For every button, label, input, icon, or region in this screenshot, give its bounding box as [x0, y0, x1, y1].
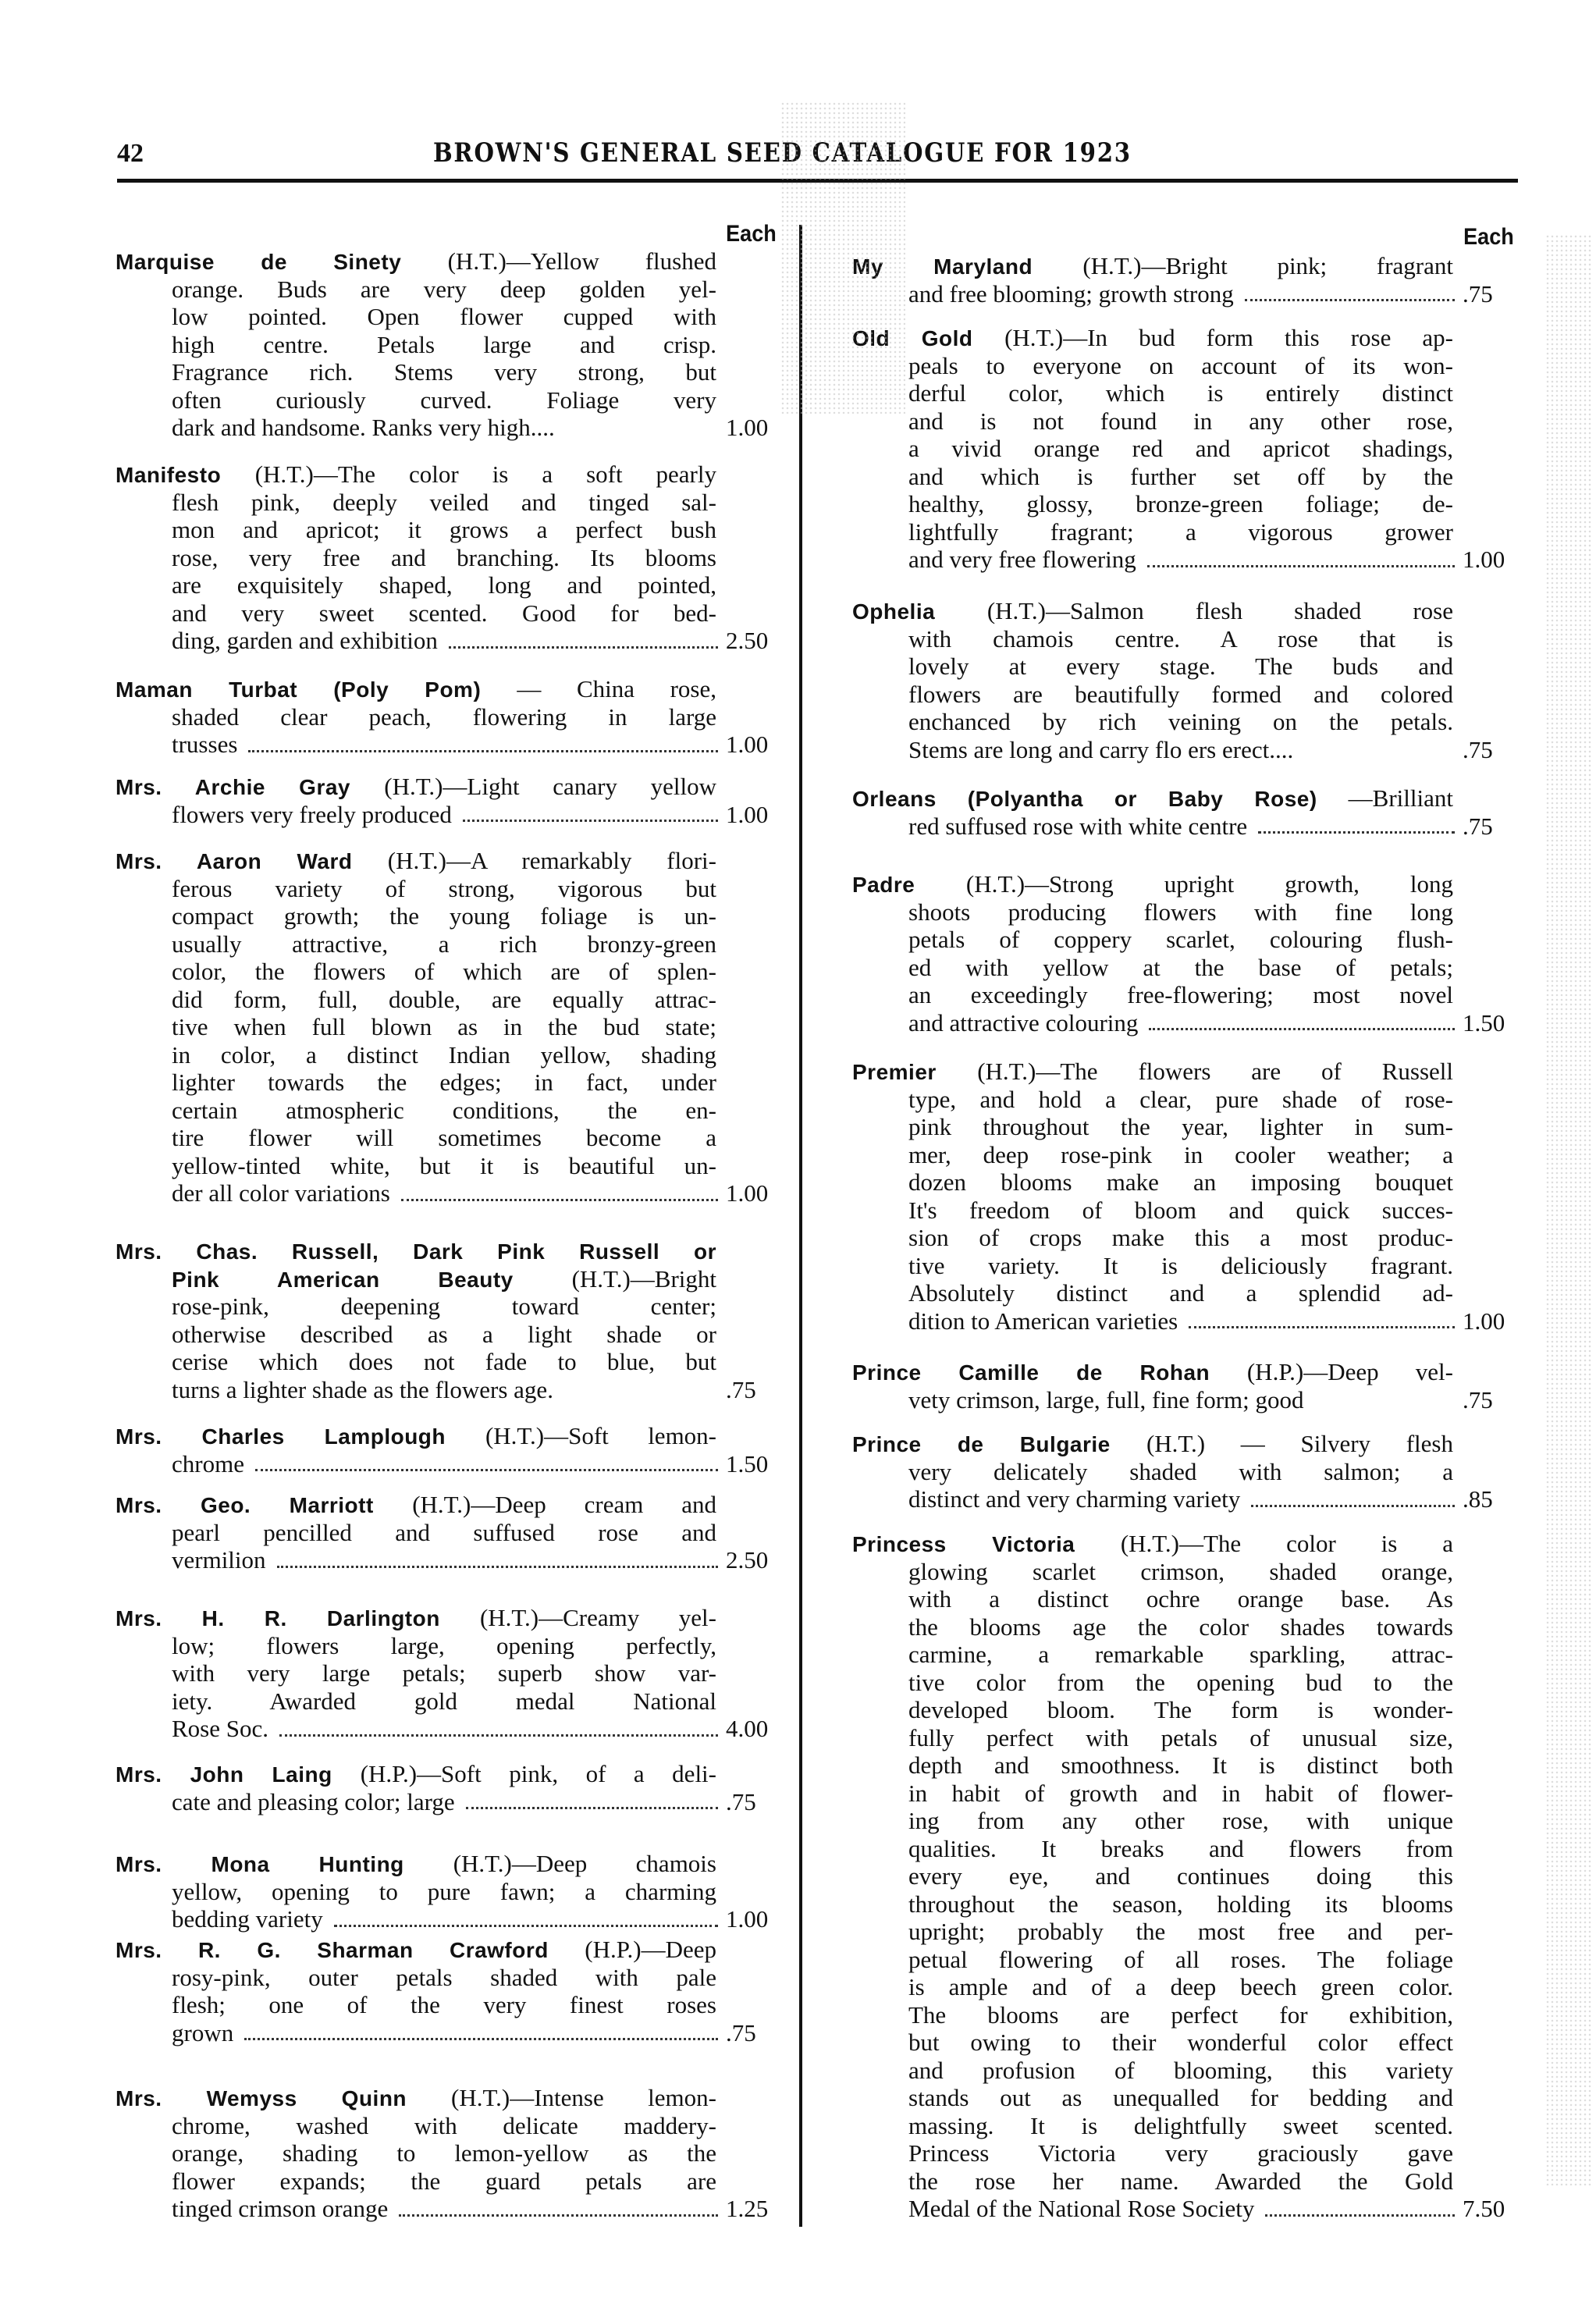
description-text: low; flowers large, opening perfectly, [172, 1632, 716, 1659]
dot-leader [334, 1925, 718, 1927]
description-text: color, the flowers of which are of splen… [172, 958, 716, 985]
description-text: tinged crimson orange [172, 2195, 388, 2223]
description-text: rosy-pink, outer petals shaded with pale [172, 1964, 716, 1991]
entry-line: and very free flowering1.00 [908, 546, 1516, 574]
dot-leader [401, 1199, 718, 1201]
entry-line: did form, full, double, are equally attr… [172, 986, 716, 1014]
description-text: with a distinct ochre orange base. As [908, 1585, 1453, 1613]
entry-line: with very large petals; superb show var- [172, 1659, 716, 1687]
catalogue-entry: Premier (H.T.)—The flowers are of Russel… [852, 1058, 1516, 1335]
dot-leader [399, 2214, 718, 2217]
entry-line: stands out as unequalled for bedding and [908, 2084, 1453, 2112]
description-text: lightfully fragrant; a vigorous grower [908, 518, 1453, 546]
description-text: type, and hold a clear, pure shade of ro… [908, 1086, 1453, 1113]
entry-line: every eye, and continues doing this [908, 1862, 1453, 1890]
entry-line: shaded clear peach, flowering in large [172, 703, 716, 731]
dot-leader [277, 1566, 718, 1568]
description-text: ferous variety of strong, vigorous but [172, 875, 716, 902]
description-text: Stems are long and carry flo ers erect..… [908, 736, 1293, 764]
entry-line: orange. Buds are very deep golden yel- [172, 276, 716, 304]
catalogue-entry: My Maryland (H.T.)—Bright pink; fragrant… [852, 252, 1516, 308]
description-text: an exceedingly free-flowering; most nove… [908, 981, 1453, 1008]
entry-line: pearl pencilled and suffused rose and [172, 1519, 716, 1547]
entry-line: type, and hold a clear, pure shade of ro… [908, 1086, 1453, 1114]
entry-line: It's freedom of bloom and quick succes- [908, 1197, 1453, 1225]
description-text: (H.T.)—Creamy yel- [480, 1604, 716, 1631]
description-text: fully perfect with petals of unusual siz… [908, 1724, 1453, 1751]
description-text: compact growth; the young foliage is un- [172, 902, 716, 930]
description-text: carmine, a remarkable sparkling, attrac- [908, 1641, 1453, 1668]
entry-line: Premier (H.T.)—The flowers are of Russel… [852, 1058, 1453, 1086]
catalogue-entry: Mrs. John Laing (H.P.)—Soft pink, of a d… [116, 1760, 779, 1815]
description-text: — China rose, [517, 675, 716, 702]
catalogue-entry: Mrs. Aaron Ward (H.T.)—A remarkably flor… [116, 847, 779, 1207]
entry-line: Old Gold (H.T.)—In bud form this rose ap… [852, 324, 1453, 352]
entry-line: mer, deep rose-pink in cooler weather; a [908, 1141, 1453, 1169]
entry-line: petals of coppery scarlet, colouring flu… [908, 926, 1453, 954]
entry-line: tive variety. It is deliciously fragrant… [908, 1252, 1453, 1280]
description-text: healthy, glossy, bronze-green foliage; d… [908, 490, 1453, 517]
description-text: and attractive colouring [908, 1009, 1138, 1037]
dot-leader [1251, 1505, 1455, 1507]
entry-line: Ophelia (H.T.)—Salmon flesh shaded rose [852, 597, 1453, 625]
column-divider [799, 225, 802, 2227]
description-text: in color, a distinct Indian yellow, shad… [172, 1041, 716, 1069]
description-text: Princess Victoria very graciously gave [908, 2139, 1453, 2167]
entry-line: Mrs. H. R. Darlington (H.T.)—Creamy yel- [116, 1604, 716, 1632]
catalogue-entry: Prince de Bulgarie (H.T.) — Silvery fles… [852, 1430, 1516, 1513]
entry-line: Marquise de Sinety (H.T.)—Yellow flushed [116, 247, 716, 276]
entry-line: vety crimson, large, full, fine form; go… [908, 1386, 1516, 1414]
description-text: ing from any other rose, with unique [908, 1807, 1453, 1834]
entry-line: cate and pleasing color; large.75 [172, 1788, 779, 1816]
description-text: (H.T.)—Deep chamois [453, 1850, 716, 1877]
entry-line: bedding variety1.00 [172, 1905, 779, 1933]
description-text: Medal of the National Rose Society [908, 2195, 1254, 2223]
description-text: mon and apricot; it grows a perfect bush [172, 516, 716, 543]
description-text: rose, very free and branching. Its bloom… [172, 544, 716, 571]
entry-line: color, the flowers of which are of splen… [172, 958, 716, 986]
description-text: (H.T.)—Bright pink; fragrant [1082, 252, 1453, 279]
entry-line: iety. Awarded gold medal National [172, 1687, 716, 1716]
entry-line: glowing scarlet crimson, shaded orange, [908, 1558, 1453, 1586]
entry-line: Absolutely distinct and a splendid ad- [908, 1279, 1453, 1307]
entry-line: very delicately shaded with salmon; a [908, 1458, 1453, 1486]
description-text: pink throughout the year, lighter in sum… [908, 1113, 1453, 1140]
entry-line: distinct and very charming variety.85 [908, 1485, 1516, 1513]
description-text: and profusion of blooming, this variety [908, 2057, 1453, 2084]
variety-name: Manifesto [116, 463, 255, 487]
description-text: (H.P.)—Soft pink, of a deli- [361, 1760, 716, 1787]
description-text: (H.T.)—The color is a [1121, 1530, 1453, 1557]
description-text: turns a lighter shade as the flowers age… [172, 1376, 553, 1404]
entry-line: with chamois centre. A rose that is [908, 625, 1453, 653]
price-heading-right: Each [1463, 224, 1514, 251]
entry-line: Fragrance rich. Stems very strong, but [172, 358, 716, 386]
entry-line: flesh; one of the very finest roses [172, 1991, 716, 2019]
price: .75 [726, 1376, 780, 1404]
entry-line: Prince Camille de Rohan (H.P.)—Deep vel- [852, 1358, 1453, 1386]
entry-line: Pink American Beauty (H.T.)—Bright [172, 1265, 716, 1293]
description-text: cate and pleasing color; large [172, 1788, 455, 1816]
variety-name: Mrs. Geo. Marriott [116, 1493, 412, 1517]
entry-line: Medal of the National Rose Society7.50 [908, 2195, 1516, 2223]
entry-line: pink throughout the year, lighter in sum… [908, 1113, 1453, 1141]
scan-speckle [780, 101, 905, 414]
price: 1.00 [726, 414, 780, 442]
entry-line: tire flower will sometimes become a [172, 1124, 716, 1152]
description-text: vermilion [172, 1546, 266, 1574]
description-text: flowers are beautifully formed and color… [908, 681, 1453, 708]
description-text: mer, deep rose-pink in cooler weather; a [908, 1141, 1453, 1168]
entry-line: the blooms age the color shades towards [908, 1613, 1453, 1641]
description-text: (H.T.)—Deep cream and [412, 1491, 716, 1518]
description-text: shaded clear peach, flowering in large [172, 703, 716, 731]
price-heading-left: Each [726, 221, 777, 247]
description-text: Rose Soc. [172, 1715, 268, 1743]
description-text: every eye, and continues doing this [908, 1862, 1453, 1890]
description-text: sion of crops make this a most produc- [908, 1224, 1453, 1251]
description-text: and free blooming; growth strong [908, 280, 1234, 308]
price: 1.00 [1463, 1307, 1517, 1335]
price: .75 [1463, 280, 1517, 308]
entry-line: upright; probably the most free and per- [908, 1918, 1453, 1946]
entry-line: qualities. It breaks and flowers from [908, 1835, 1453, 1863]
entry-line: Orleans (Polyantha or Baby Rose) —Brilli… [852, 784, 1453, 813]
entry-line: and profusion of blooming, this variety [908, 2057, 1453, 2085]
variety-name: Padre [852, 873, 966, 897]
description-text: otherwise described as a light shade or [172, 1321, 716, 1348]
description-text: upright; probably the most free and per- [908, 1918, 1453, 1945]
description-text: (H.T.)—Yellow flushed [448, 247, 716, 275]
dot-leader [1265, 2214, 1455, 2217]
scan-speckle [1545, 234, 1592, 2185]
entry-line: Stems are long and carry flo ers erect..… [908, 736, 1516, 764]
entry-line: Prince de Bulgarie (H.T.) — Silvery fles… [852, 1430, 1453, 1458]
description-text: and which is further set off by the [908, 463, 1453, 490]
variety-name: Mrs. Aaron Ward [116, 849, 388, 873]
entry-line: derful color, which is entirely distinct [908, 379, 1453, 407]
entry-line: low pointed. Open flower cupped with [172, 303, 716, 331]
entry-line: grown.75 [172, 2019, 779, 2047]
catalogue-entry: Mrs. Geo. Marriott (H.T.)—Deep cream and… [116, 1491, 779, 1574]
entry-line: and attractive colouring1.50 [908, 1009, 1516, 1037]
entry-line: rose, very free and branching. Its bloom… [172, 544, 716, 572]
description-text: flower expands; the guard petals are [172, 2167, 716, 2195]
entry-line: fully perfect with petals of unusual siz… [908, 1724, 1453, 1752]
variety-name: Mrs. Wemyss Quinn [116, 2086, 451, 2110]
entry-line: The blooms are perfect for exhibition, [908, 2001, 1453, 2029]
entry-line: lighter towards the edges; in fact, unde… [172, 1069, 716, 1097]
entry-line: developed bloom. The form is wonder- [908, 1696, 1453, 1724]
description-text: is ample and of a deep beech green color… [908, 1973, 1453, 2000]
description-text: (H.P.)—Deep [585, 1936, 716, 1963]
dot-leader [466, 1807, 718, 1809]
entry-line: ding, garden and exhibition2.50 [172, 627, 779, 655]
description-text: depth and smoothness. It is distinct bot… [908, 1751, 1453, 1779]
price: .75 [726, 2019, 780, 2047]
description-text: (H.T.)—Salmon flesh shaded rose [987, 597, 1453, 624]
description-text: (H.T.)—Light canary yellow [384, 773, 716, 800]
entry-line: carmine, a remarkable sparkling, attrac- [908, 1641, 1453, 1669]
entry-line: tinged crimson orange1.25 [172, 2195, 779, 2223]
entry-line: ed with yellow at the base of petals; [908, 954, 1453, 982]
entry-line: Mrs. Archie Gray (H.T.)—Light canary yel… [116, 773, 716, 801]
entry-line: certain atmospheric conditions, the en- [172, 1097, 716, 1125]
price: 1.00 [726, 731, 780, 759]
description-text: the rose her name. Awarded the Gold [908, 2167, 1453, 2195]
entry-line: chrome, washed with delicate maddery- [172, 2112, 716, 2140]
entry-line: Mrs. R. G. Sharman Crawford (H.P.)—Deep [116, 1936, 716, 1964]
description-text: tive variety. It is deliciously fragrant… [908, 1252, 1453, 1279]
entry-line: Princess Victoria very graciously gave [908, 2139, 1453, 2167]
entry-line: are exquisitely shaped, long and pointed… [172, 571, 716, 599]
description-text: yellow-tinted white, but it is beautiful… [172, 1152, 716, 1179]
description-text: (H.T.)—Bright [572, 1265, 716, 1293]
entry-line: massing. It is delightfully sweet scente… [908, 2112, 1453, 2140]
description-text: orange. Buds are very deep golden yel- [172, 276, 716, 303]
description-text: (H.T.)—The color is a soft pearly [255, 460, 716, 488]
description-text: (H.T.) — Silvery flesh [1146, 1430, 1453, 1457]
entry-line: the rose her name. Awarded the Gold [908, 2167, 1453, 2196]
description-text: and very sweet scented. Good for bed- [172, 599, 716, 627]
dot-leader [1258, 831, 1455, 834]
description-text: did form, full, double, are equally attr… [172, 986, 716, 1013]
catalogue-entry: Mrs. Mona Hunting (H.T.)—Deep chamoisyel… [116, 1850, 779, 1933]
dot-leader [1189, 1326, 1455, 1328]
description-text: and very free flowering [908, 546, 1136, 574]
catalogue-entry: Old Gold (H.T.)—In bud form this rose ap… [852, 324, 1516, 574]
entry-line: tive when full blown as in the bud state… [172, 1013, 716, 1041]
description-text: enchanced by rich veining on the petals. [908, 708, 1453, 735]
description-text: Fragrance rich. Stems very strong, but [172, 358, 716, 386]
description-text: massing. It is delightfully sweet scente… [908, 2112, 1453, 2139]
description-text: tire flower will sometimes become a [172, 1124, 716, 1151]
entry-line: depth and smoothness. It is distinct bot… [908, 1751, 1453, 1780]
entry-line: with a distinct ochre orange base. As [908, 1585, 1453, 1613]
entry-line: der all color variations1.00 [172, 1179, 779, 1207]
description-text: flesh; one of the very finest roses [172, 1991, 716, 2018]
entry-line: petual flowering of all roses. The folia… [908, 1946, 1453, 1974]
variety-name: Prince Camille de Rohan [852, 1360, 1247, 1385]
price: 2.50 [726, 627, 780, 655]
catalogue-entry: Orleans (Polyantha or Baby Rose) —Brilli… [852, 784, 1516, 840]
entry-line: otherwise described as a light shade or [172, 1321, 716, 1349]
catalogue-entry: Manifesto (H.T.)—The color is a soft pea… [116, 460, 779, 655]
description-text: dozen blooms make an imposing bouquet [908, 1168, 1453, 1196]
price: 1.25 [726, 2195, 780, 2223]
description-text: orange, shading to lemon-yellow as the [172, 2139, 716, 2167]
catalogue-entry: Padre (H.T.)—Strong upright growth, long… [852, 870, 1516, 1037]
description-text: distinct and very charming variety [908, 1485, 1240, 1513]
description-text: lovely at every stage. The buds and [908, 653, 1453, 680]
entry-line: Mrs. Geo. Marriott (H.T.)—Deep cream and [116, 1491, 716, 1519]
variety-name: Mrs. R. G. Sharman Crawford [116, 1938, 585, 1962]
description-text: ed with yellow at the base of petals; [908, 954, 1453, 981]
description-text: and is not found in any other rose, [908, 407, 1453, 435]
price: 1.50 [1463, 1009, 1517, 1037]
variety-name: Mrs. John Laing [116, 1762, 361, 1787]
entry-line: flower expands; the guard petals are [172, 2167, 716, 2196]
entry-line: often curiously curved. Foliage very [172, 386, 716, 414]
variety-name: Prince de Bulgarie [852, 1432, 1146, 1456]
entry-line: Rose Soc.4.00 [172, 1715, 779, 1743]
variety-name: Mrs. Chas. Russell, Dark Pink Russell or [116, 1239, 716, 1264]
catalogue-entry: Princess Victoria (H.T.)—The color is ag… [852, 1530, 1516, 2223]
entry-line: yellow-tinted white, but it is beautiful… [172, 1152, 716, 1180]
description-text: lighter towards the edges; in fact, unde… [172, 1069, 716, 1096]
entry-line: red suffused rose with white centre.75 [908, 813, 1516, 841]
variety-name: Mrs. H. R. Darlington [116, 1606, 480, 1630]
entry-line: cerise which does not fade to blue, but [172, 1348, 716, 1376]
price: 2.50 [726, 1546, 780, 1574]
entry-line: and very sweet scented. Good for bed- [172, 599, 716, 628]
dot-leader [255, 1469, 718, 1471]
description-text: developed bloom. The form is wonder- [908, 1696, 1453, 1723]
description-text: bedding variety [172, 1905, 323, 1933]
entry-line: Manifesto (H.T.)—The color is a soft pea… [116, 460, 716, 489]
entry-line: and free blooming; growth strong.75 [908, 280, 1516, 308]
entry-line: in habit of growth and in habit of flowe… [908, 1780, 1453, 1808]
description-text: peals to everyone on account of its won- [908, 352, 1453, 379]
entry-line: ing from any other rose, with unique [908, 1807, 1453, 1835]
entry-line: Mrs. Charles Lamplough (H.T.)—Soft lemon… [116, 1422, 716, 1450]
description-text: Absolutely distinct and a splendid ad- [908, 1279, 1453, 1307]
description-text: in habit of growth and in habit of flowe… [908, 1780, 1453, 1807]
price: 1.00 [726, 1905, 780, 1933]
description-text: cerise which does not fade to blue, but [172, 1348, 716, 1375]
entry-line: Padre (H.T.)—Strong upright growth, long [852, 870, 1453, 898]
description-text: stands out as unequalled for bedding and [908, 2084, 1453, 2111]
description-text: (H.T.)—In bud form this rose ap- [1004, 324, 1453, 351]
dot-leader [248, 750, 718, 752]
description-text: tive when full blown as in the bud state… [172, 1013, 716, 1040]
description-text: derful color, which is entirely distinct [908, 379, 1453, 407]
description-text: (H.T.)—Soft lemon- [485, 1422, 716, 1449]
description-text: usually attractive, a rich bronzy-green [172, 930, 716, 958]
price: 1.00 [1463, 546, 1517, 574]
entry-line: peals to everyone on account of its won- [908, 352, 1453, 380]
entry-line: low; flowers large, opening perfectly, [172, 1632, 716, 1660]
dot-leader [463, 820, 718, 822]
entry-line: flesh pink, deeply veiled and tinged sal… [172, 489, 716, 517]
description-text: certain atmospheric conditions, the en- [172, 1097, 716, 1124]
variety-name: Ophelia [852, 599, 987, 624]
catalogue-entry: Maman Turbat (Poly Pom) — China rose,sha… [116, 675, 779, 759]
entry-line: Mrs. Aaron Ward (H.T.)—A remarkably flor… [116, 847, 716, 875]
description-text: tive color from the opening bud to the [908, 1669, 1453, 1696]
price: .75 [726, 1788, 780, 1816]
catalogue-entry: Marquise de Sinety (H.T.)—Yellow flushed… [116, 247, 779, 442]
dot-leader [1149, 1028, 1455, 1030]
variety-name: Marquise de Sinety [116, 250, 448, 274]
entry-line: shoots producing flowers with fine long [908, 898, 1453, 926]
description-text: trusses [172, 731, 237, 759]
description-text: with very large petals; superb show var- [172, 1659, 716, 1687]
entry-line: lightfully fragrant; a vigorous grower [908, 518, 1453, 546]
variety-name: Premier [852, 1060, 977, 1084]
description-text: rose-pink, deepening toward center; [172, 1293, 716, 1320]
entry-line: Mrs. Chas. Russell, Dark Pink Russell or [116, 1237, 716, 1265]
catalogue-entry: Mrs. H. R. Darlington (H.T.)—Creamy yel-… [116, 1604, 779, 1743]
dot-leader [244, 2038, 718, 2040]
description-text: flesh pink, deeply veiled and tinged sal… [172, 489, 716, 516]
page-number: 42 [117, 139, 144, 169]
catalogue-entry: Mrs. R. G. Sharman Crawford (H.P.)—Deepr… [116, 1936, 779, 2046]
price: .75 [1463, 813, 1517, 841]
description-text: are exquisitely shaped, long and pointed… [172, 571, 716, 599]
entry-line: rose-pink, deepening toward center; [172, 1293, 716, 1321]
description-text: (H.T.)—Intense lemon- [451, 2084, 716, 2111]
description-text: often curiously curved. Foliage very [172, 386, 716, 414]
entry-line: Mrs. John Laing (H.P.)—Soft pink, of a d… [116, 1760, 716, 1788]
entry-line: usually attractive, a rich bronzy-green [172, 930, 716, 958]
description-text: the blooms age the color shades towards [908, 1613, 1453, 1641]
description-text: glowing scarlet crimson, shaded orange, [908, 1558, 1453, 1585]
dot-leader [279, 1734, 718, 1737]
description-text: (H.T.)—The flowers are of Russell [977, 1058, 1453, 1085]
entry-line: an exceedingly free-flowering; most nove… [908, 981, 1453, 1009]
catalogue-entry: Mrs. Archie Gray (H.T.)—Light canary yel… [116, 773, 779, 828]
description-text: It's freedom of bloom and quick succes- [908, 1197, 1453, 1224]
description-text: dition to American varieties [908, 1307, 1178, 1335]
description-text: dark and handsome. Ranks very high.... [172, 414, 555, 442]
variety-name: Orleans (Polyantha or Baby Rose) [852, 787, 1349, 811]
description-text: —Brilliant [1349, 784, 1453, 812]
entry-line: mon and apricot; it grows a perfect bush [172, 516, 716, 544]
variety-name: Princess Victoria [852, 1532, 1121, 1556]
price: .75 [1463, 736, 1517, 764]
entry-line: flowers very freely produced1.00 [172, 801, 779, 829]
entry-line: is ample and of a deep beech green color… [908, 1973, 1453, 2001]
description-text: (H.T.)—Strong upright growth, long [966, 870, 1453, 898]
description-text: flowers very freely produced [172, 801, 452, 829]
entry-line: rosy-pink, outer petals shaded with pale [172, 1964, 716, 1992]
entry-line: compact growth; the young foliage is un- [172, 902, 716, 930]
entry-line: and which is further set off by the [908, 463, 1453, 491]
entry-line: yellow, opening to pure fawn; a charming [172, 1878, 716, 1906]
entry-line: enchanced by rich veining on the petals. [908, 708, 1453, 736]
catalogue-entry: Ophelia (H.T.)—Salmon flesh shaded rosew… [852, 597, 1516, 763]
price: .85 [1463, 1485, 1517, 1513]
entry-line: throughout the season, holding its bloom… [908, 1890, 1453, 1918]
entry-line: dozen blooms make an imposing bouquet [908, 1168, 1453, 1197]
description-text: very delicately shaded with salmon; a [908, 1458, 1453, 1485]
catalogue-entry: Mrs. Wemyss Quinn (H.T.)—Intense lemon-c… [116, 2084, 779, 2223]
entry-line: healthy, glossy, bronze-green foliage; d… [908, 490, 1453, 518]
dot-leader [1147, 565, 1455, 567]
catalogue-entry: Prince Camille de Rohan (H.P.)—Deep vel-… [852, 1358, 1516, 1413]
entry-line: Mrs. Mona Hunting (H.T.)—Deep chamois [116, 1850, 716, 1878]
entry-line: My Maryland (H.T.)—Bright pink; fragrant [852, 252, 1453, 280]
description-text: chrome [172, 1450, 244, 1478]
entry-line: orange, shading to lemon-yellow as the [172, 2139, 716, 2167]
entry-line: flowers are beautifully formed and color… [908, 681, 1453, 709]
variety-name: Maman Turbat (Poly Pom) [116, 677, 517, 702]
entry-line: Mrs. Wemyss Quinn (H.T.)—Intense lemon- [116, 2084, 716, 2112]
description-text: with chamois centre. A rose that is [908, 625, 1453, 653]
entry-line: trusses1.00 [172, 731, 779, 759]
catalogue-entry: Mrs. Charles Lamplough (H.T.)—Soft lemon… [116, 1422, 779, 1477]
description-text: der all color variations [172, 1179, 390, 1207]
variety-name: Mrs. Charles Lamplough [116, 1424, 485, 1449]
catalogue-entry: Mrs. Chas. Russell, Dark Pink Russell or… [116, 1237, 779, 1403]
description-text: pearl pencilled and suffused rose and [172, 1519, 716, 1546]
description-text: (H.P.)—Deep vel- [1247, 1358, 1453, 1385]
description-text: shoots producing flowers with fine long [908, 898, 1453, 926]
price: 1.00 [726, 1179, 780, 1207]
entry-line: turns a lighter shade as the flowers age… [172, 1376, 779, 1404]
